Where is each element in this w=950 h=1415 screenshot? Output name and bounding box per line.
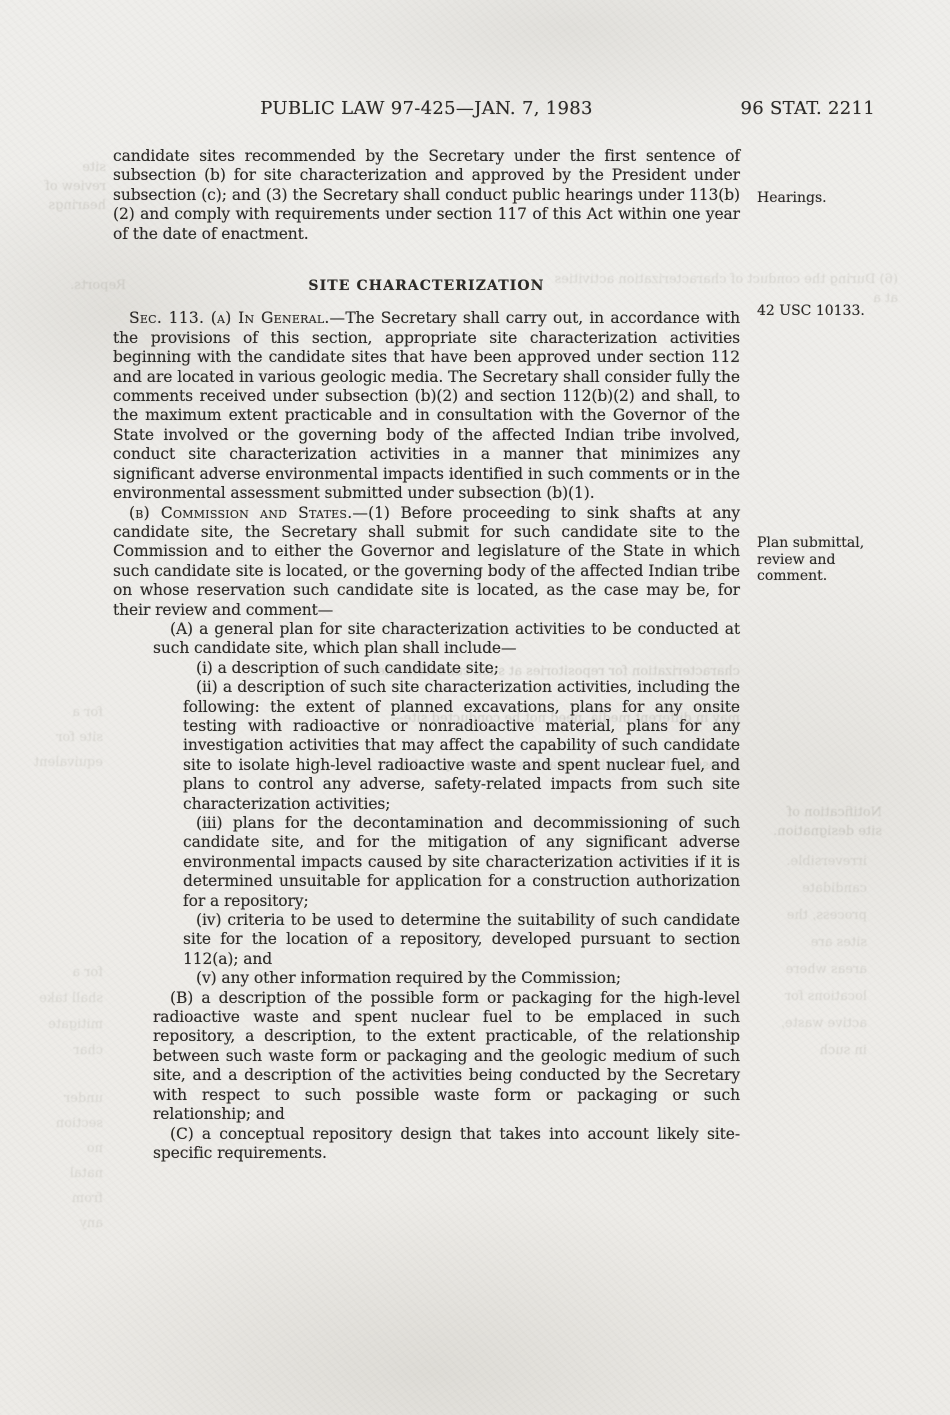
margin-note-plan-submittal: Plan submittal, review and comment. (757, 535, 887, 585)
bleed-through-text: for a site for equivalent (8, 700, 103, 775)
clause-A-iii: (iii) plans for the decontamination and … (183, 814, 740, 911)
paragraph-sec-113-b: (b) Commission and States.—(1) Before pr… (113, 504, 740, 620)
sec-113a-text: The Secretary shall carry out, in accord… (113, 309, 740, 502)
running-header: PUBLIC LAW 97-425—JAN. 7, 1983 96 STAT. … (113, 98, 875, 122)
bleed-through-text: Notification of site designation. (747, 803, 882, 841)
statute-text-column: candidate sites recommended by the Secre… (113, 147, 740, 1163)
sec-113a-small-caps-lead: Sec. 113. (a) In General.— (129, 309, 345, 327)
clause-A-i: (i) a description of such candidate site… (183, 659, 740, 678)
bleed-through-text: for a shall take mitigate char (8, 960, 103, 1064)
margin-note-usc-citation: 42 USC 10133. (757, 303, 887, 320)
margin-note-hearings: Hearings. (757, 190, 887, 207)
document-page: site review of hearings Reports. (6) Dur… (0, 0, 950, 1415)
clause-B: (B) a description of the possible form o… (153, 989, 740, 1125)
bleed-through-text: irreversible. candidate process, the sit… (747, 848, 867, 1064)
running-header-statute-page: 96 STAT. 2211 (740, 98, 875, 119)
clause-A: (A) a general plan for site characteriza… (153, 620, 740, 659)
paragraph-sec-113-a: Sec. 113. (a) In General.—The Secretary … (113, 309, 740, 503)
clause-A-iv: (iv) criteria to be used to determine th… (183, 911, 740, 969)
bleed-through-text: under section no natal from any (8, 1086, 103, 1236)
sec-113b-small-caps-lead: (b) Commission and States.— (129, 504, 368, 522)
section-heading-site-characterization: SITE CHARACTERIZATION (113, 277, 740, 296)
bleed-through-text: site review of hearings (26, 158, 106, 215)
clause-C: (C) a conceptual repository design that … (153, 1125, 740, 1164)
running-header-law-title: PUBLIC LAW 97-425—JAN. 7, 1983 (113, 98, 740, 119)
clause-A-v: (v) any other information required by th… (183, 969, 740, 988)
paragraph-intro-continuation: candidate sites recommended by the Secre… (113, 147, 740, 244)
clause-A-ii: (ii) a description of such site characte… (183, 678, 740, 814)
